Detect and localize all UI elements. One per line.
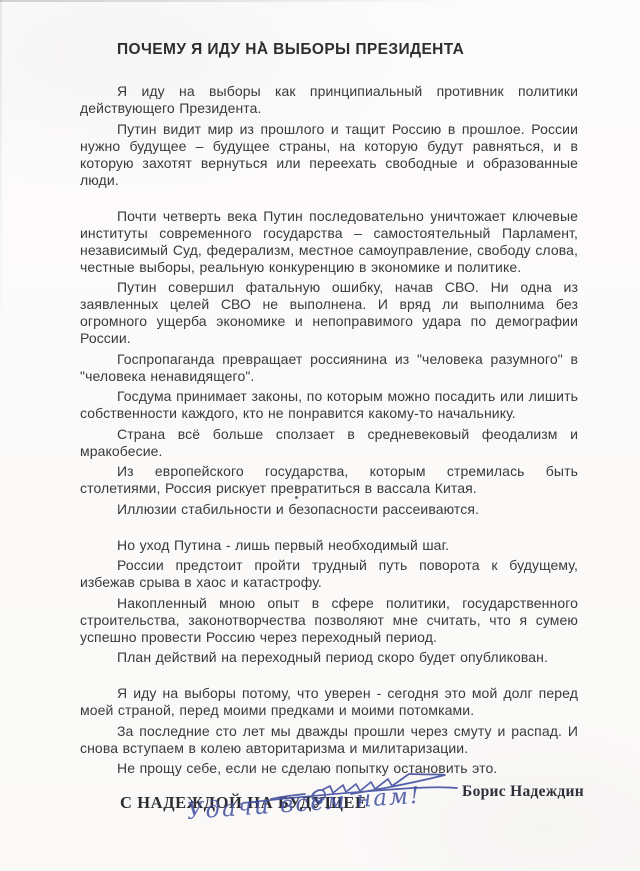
paragraph: Госдума принимает законы, по которым мож… <box>80 388 578 422</box>
document-body: ПОЧЕМУ Я ИДУ НА ВЫБОРЫ ПРЕЗИДЕНТА Я иду … <box>0 0 640 813</box>
paragraph: Накопленный мною опыт в сфере политики, … <box>80 595 578 646</box>
paragraph: Путин совершил фатальную ошибку, начав С… <box>80 279 578 347</box>
paragraph: Почти четверть века Путин последовательн… <box>80 208 578 276</box>
paragraph: Иллюзии стабильности и безопасности расс… <box>80 501 578 518</box>
paragraph: России предстоит пройти трудный путь пов… <box>80 557 578 591</box>
paragraph-group: Почти четверть века Путин последовательн… <box>80 208 578 518</box>
paragraph-group: Я иду на выборы как принципиальный проти… <box>80 83 578 189</box>
paragraph: За последние сто лет мы дважды прошли че… <box>80 723 578 757</box>
scan-artifact-dot <box>295 496 298 499</box>
document-title: ПОЧЕМУ Я ИДУ НА ВЫБОРЫ ПРЕЗИДЕНТА <box>117 41 578 59</box>
paragraph-group: Но уход Путина - лишь первый необходимый… <box>80 537 578 667</box>
paragraph: Из европейского государства, которым стр… <box>80 463 578 497</box>
paragraph: План действий на переходный период скоро… <box>80 649 578 666</box>
paragraph: Но уход Путина - лишь первый необходимый… <box>80 537 578 554</box>
paragraph: Я иду на выборы как принципиальный проти… <box>80 83 578 117</box>
scanned-document-page: ПОЧЕМУ Я ИДУ НА ВЫБОРЫ ПРЕЗИДЕНТА Я иду … <box>0 0 640 871</box>
paragraph: Путин видит мир из прошлого и тащит Росс… <box>80 121 578 189</box>
paragraph: Госпропаганда превращает россиянина из "… <box>80 351 578 385</box>
scan-artifact-dot <box>260 41 263 44</box>
paragraph: Страна всё больше сползает в средневеков… <box>80 426 578 460</box>
paragraph-group: Я иду на выборы потому, что уверен - сег… <box>80 685 578 777</box>
paragraph: Я иду на выборы потому, что уверен - сег… <box>80 685 578 719</box>
signer-name: Борис Надеждин <box>462 783 584 801</box>
